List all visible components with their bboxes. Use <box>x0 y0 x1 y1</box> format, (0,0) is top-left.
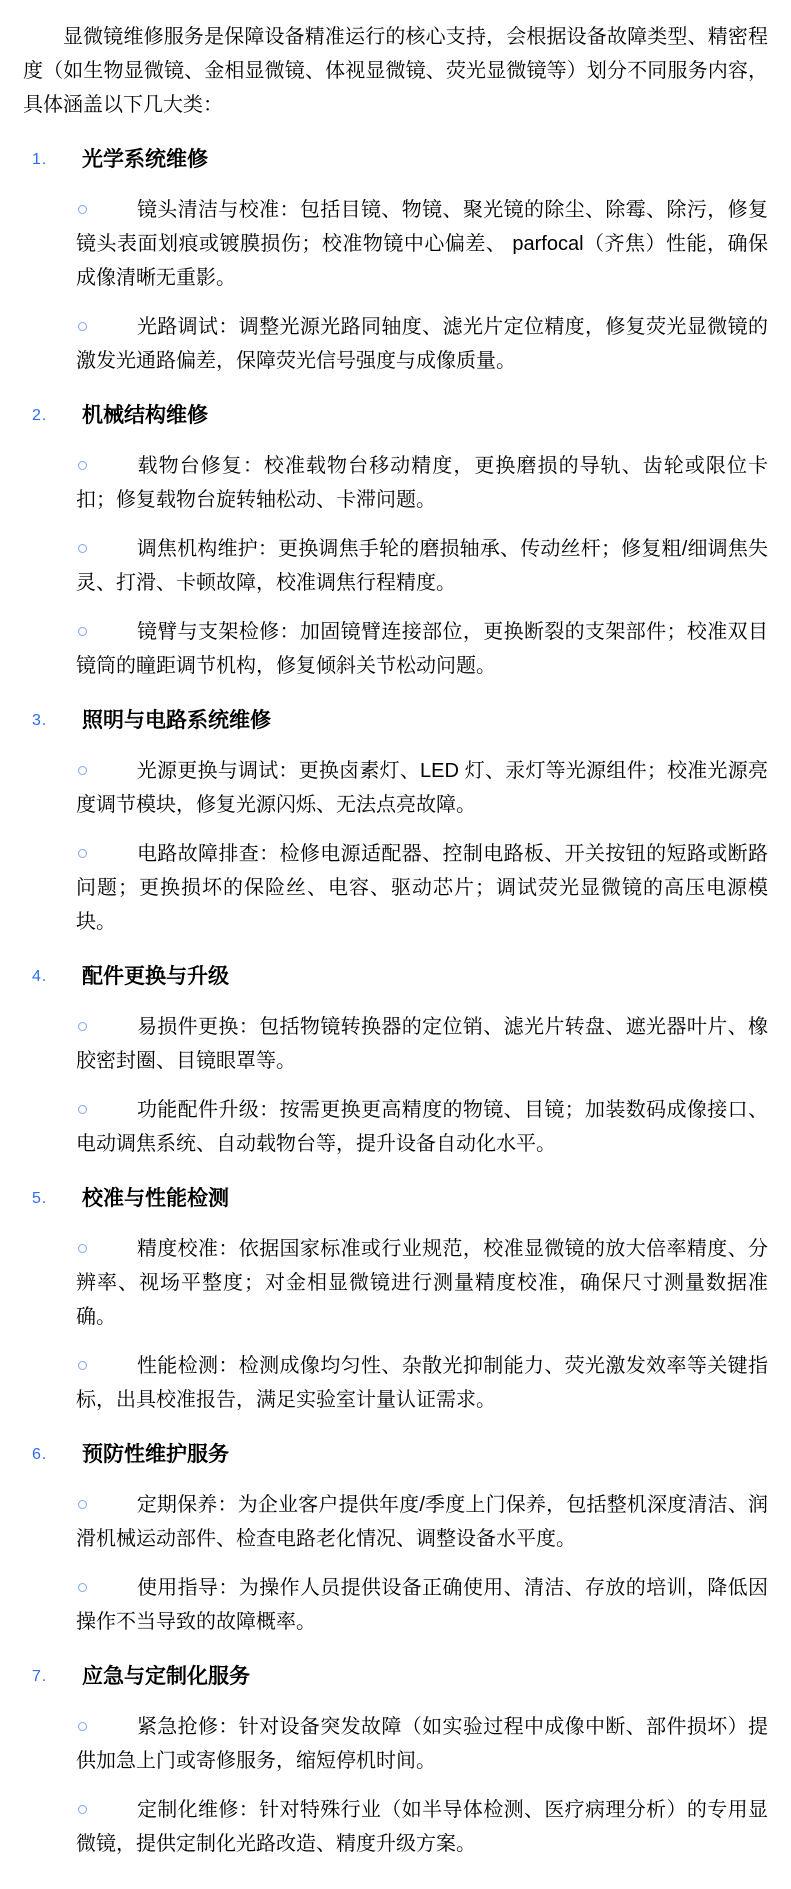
circle-bullet-icon <box>78 1244 87 1253</box>
circle-bullet-icon <box>78 1022 87 1031</box>
section-heading: 5. 校准与性能检测 <box>82 1182 768 1216</box>
circle-bullet-icon <box>78 544 87 553</box>
section-heading: 6. 预防性维护服务 <box>82 1438 768 1472</box>
section-title: 配件更换与升级 <box>82 965 229 988</box>
bullet-item: 易损件更换：包括物镜转换器的定位销、滤光片转盘、遮光器叶片、橡胶密封圈、目镜眼罩… <box>76 1010 768 1078</box>
bullet-item: 电路故障排查：检修电源适配器、控制电路板、开关按钮的短路或断路问题；更换损坏的保… <box>76 837 768 939</box>
circle-bullet-icon <box>78 766 87 775</box>
bullet-item: 使用指导：为操作人员提供设备正确使用、清洁、存放的培训，降低因操作不当导致的故障… <box>76 1571 768 1639</box>
bullet-item: 光路调试：调整光源光路同轴度、滤光片定位精度，修复荧光显微镜的激发光通路偏差，保… <box>76 310 768 378</box>
circle-bullet-icon <box>78 1805 87 1814</box>
section-number: 4. <box>32 962 47 992</box>
bullet-item: 定期保养：为企业客户提供年度/季度上门保养，包括整机深度清洁、润滑机械运动部件、… <box>76 1488 768 1556</box>
service-section: 6. 预防性维护服务 定期保养：为企业客户提供年度/季度上门保养，包括整机深度清… <box>23 1438 768 1639</box>
document-body: 显微镜维修服务是保障设备精准运行的核心支持，会根据设备故障类型、精密程度（如生物… <box>23 20 768 1861</box>
circle-bullet-icon <box>78 322 87 331</box>
service-sections-list: 1. 光学系统维修 镜头清洁与校准：包括目镜、物镜、聚光镜的除尘、除霉、除污，修… <box>23 143 768 1861</box>
circle-bullet-icon <box>78 1500 87 1509</box>
section-heading: 2. 机械结构维修 <box>82 399 768 433</box>
service-section: 4. 配件更换与升级 易损件更换：包括物镜转换器的定位销、滤光片转盘、遮光器叶片… <box>23 960 768 1161</box>
section-number: 5. <box>32 1184 47 1214</box>
bullet-text: 镜臂与支架检修：加固镜臂连接部位，更换断裂的支架部件；校准双目镜筒的瞳距调节机构… <box>76 621 768 677</box>
bullet-item: 性能检测：检测成像均匀性、杂散光抑制能力、荧光激发效率等关键指标，出具校准报告，… <box>76 1349 768 1417</box>
section-number: 1. <box>32 145 47 175</box>
bullet-text: 使用指导：为操作人员提供设备正确使用、清洁、存放的培训，降低因操作不当导致的故障… <box>76 1577 768 1633</box>
circle-bullet-icon <box>78 461 87 470</box>
service-section: 5. 校准与性能检测 精度校准：依据国家标准或行业规范，校准显微镜的放大倍率精度… <box>23 1182 768 1417</box>
bullet-text: 定期保养：为企业客户提供年度/季度上门保养，包括整机深度清洁、润滑机械运动部件、… <box>76 1494 768 1550</box>
section-title: 照明与电路系统维修 <box>82 709 271 732</box>
bullet-text: 调焦机构维护：更换调焦手轮的磨损轴承、传动丝杆；修复粗/细调焦失灵、打滑、卡顿故… <box>76 538 768 594</box>
circle-bullet-icon <box>78 1105 87 1114</box>
circle-bullet-icon <box>78 205 87 214</box>
section-number: 2. <box>32 401 47 431</box>
bullet-text: 电路故障排查：检修电源适配器、控制电路板、开关按钮的短路或断路问题；更换损坏的保… <box>76 843 768 933</box>
bullet-item: 镜臂与支架检修：加固镜臂连接部位，更换断裂的支架部件；校准双目镜筒的瞳距调节机构… <box>76 615 768 683</box>
section-number: 7. <box>32 1662 47 1692</box>
section-title: 应急与定制化服务 <box>82 1665 250 1688</box>
bullet-item: 光源更换与调试：更换卤素灯、LED 灯、汞灯等光源组件；校准光源亮度调节模块，修… <box>76 754 768 822</box>
circle-bullet-icon <box>78 1722 87 1731</box>
bullet-text: 光路调试：调整光源光路同轴度、滤光片定位精度，修复荧光显微镜的激发光通路偏差，保… <box>76 316 768 372</box>
circle-bullet-icon <box>78 849 87 858</box>
bullet-item: 功能配件升级：按需更换更高精度的物镜、目镜；加装数码成像接口、电动调焦系统、自动… <box>76 1093 768 1161</box>
circle-bullet-icon <box>78 627 87 636</box>
bullet-text: 功能配件升级：按需更换更高精度的物镜、目镜；加装数码成像接口、电动调焦系统、自动… <box>76 1099 768 1155</box>
section-heading: 4. 配件更换与升级 <box>82 960 768 994</box>
section-heading: 7. 应急与定制化服务 <box>82 1660 768 1694</box>
bullet-item: 紧急抢修：针对设备突发故障（如实验过程中成像中断、部件损坏）提供加急上门或寄修服… <box>76 1710 768 1778</box>
service-section: 2. 机械结构维修 载物台修复：校准载物台移动精度，更换磨损的导轨、齿轮或限位卡… <box>23 399 768 683</box>
section-title: 机械结构维修 <box>82 404 208 427</box>
circle-bullet-icon <box>78 1583 87 1592</box>
section-number: 6. <box>32 1440 47 1470</box>
bullet-text: 镜头清洁与校准：包括目镜、物镜、聚光镜的除尘、除霉、除污，修复镜头表面划痕或镀膜… <box>76 199 768 289</box>
service-section: 3. 照明与电路系统维修 光源更换与调试：更换卤素灯、LED 灯、汞灯等光源组件… <box>23 704 768 939</box>
bullet-item: 载物台修复：校准载物台移动精度，更换磨损的导轨、齿轮或限位卡扣；修复载物台旋转轴… <box>76 449 768 517</box>
section-title: 预防性维护服务 <box>82 1443 229 1466</box>
bullet-text: 性能检测：检测成像均匀性、杂散光抑制能力、荧光激发效率等关键指标，出具校准报告，… <box>76 1355 768 1411</box>
bullet-text: 定制化维修：针对特殊行业（如半导体检测、医疗病理分析）的专用显微镜，提供定制化光… <box>76 1799 768 1855</box>
section-title: 校准与性能检测 <box>82 1187 229 1210</box>
section-heading: 1. 光学系统维修 <box>82 143 768 177</box>
bullet-text: 载物台修复：校准载物台移动精度，更换磨损的导轨、齿轮或限位卡扣；修复载物台旋转轴… <box>76 455 768 511</box>
section-number: 3. <box>32 706 47 736</box>
bullet-text: 光源更换与调试：更换卤素灯、LED 灯、汞灯等光源组件；校准光源亮度调节模块，修… <box>76 760 768 816</box>
bullet-item: 镜头清洁与校准：包括目镜、物镜、聚光镜的除尘、除霉、除污，修复镜头表面划痕或镀膜… <box>76 193 768 295</box>
service-section: 7. 应急与定制化服务 紧急抢修：针对设备突发故障（如实验过程中成像中断、部件损… <box>23 1660 768 1861</box>
bullet-text: 紧急抢修：针对设备突发故障（如实验过程中成像中断、部件损坏）提供加急上门或寄修服… <box>76 1716 768 1772</box>
bullet-item: 精度校准：依据国家标准或行业规范，校准显微镜的放大倍率精度、分辨率、视场平整度；… <box>76 1232 768 1334</box>
intro-paragraph: 显微镜维修服务是保障设备精准运行的核心支持，会根据设备故障类型、精密程度（如生物… <box>23 20 768 122</box>
bullet-text: 易损件更换：包括物镜转换器的定位销、滤光片转盘、遮光器叶片、橡胶密封圈、目镜眼罩… <box>76 1016 768 1072</box>
bullet-text: 精度校准：依据国家标准或行业规范，校准显微镜的放大倍率精度、分辨率、视场平整度；… <box>76 1238 768 1328</box>
bullet-item: 调焦机构维护：更换调焦手轮的磨损轴承、传动丝杆；修复粗/细调焦失灵、打滑、卡顿故… <box>76 532 768 600</box>
bullet-item: 定制化维修：针对特殊行业（如半导体检测、医疗病理分析）的专用显微镜，提供定制化光… <box>76 1793 768 1861</box>
circle-bullet-icon <box>78 1361 87 1370</box>
section-title: 光学系统维修 <box>82 148 208 171</box>
service-section: 1. 光学系统维修 镜头清洁与校准：包括目镜、物镜、聚光镜的除尘、除霉、除污，修… <box>23 143 768 378</box>
section-heading: 3. 照明与电路系统维修 <box>82 704 768 738</box>
